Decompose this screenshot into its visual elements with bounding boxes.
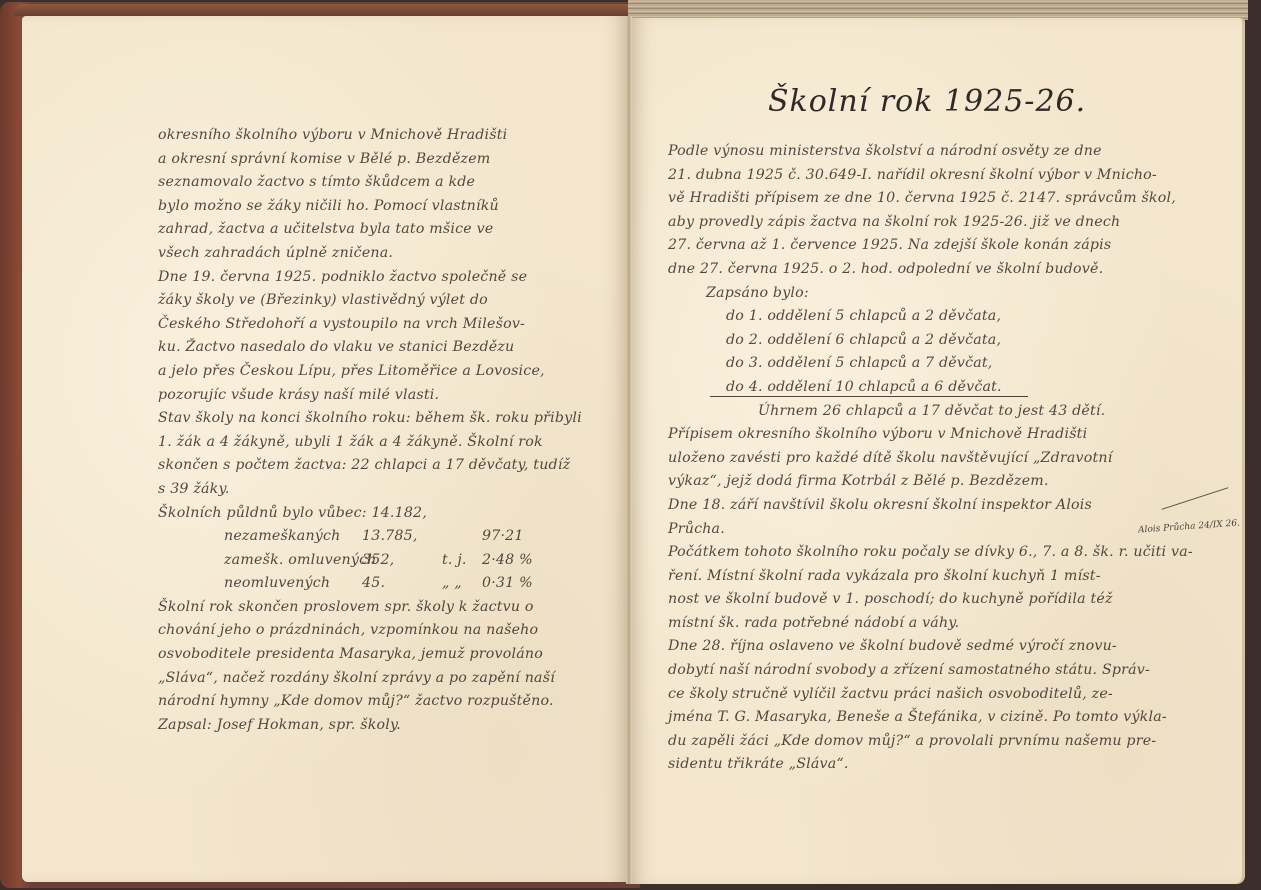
text-line: místní šk. rada potřebné nádobí a váhy.: [668, 612, 1193, 636]
attendance-tj: „ „: [442, 572, 482, 596]
text-line: skončen s počtem žactva: 22 chlapci a 17…: [158, 454, 582, 478]
attendance-value: 45.: [362, 572, 442, 596]
enrollment-row: do 1. oddělení 5 chlapců a 2 děvčata,: [668, 305, 1193, 329]
text-line: ku. Žactvo nasedalo do vlaku ve stanici …: [158, 336, 582, 360]
text-line: s 39 žáky.: [158, 478, 582, 502]
page-title: Školní rok 1925-26.: [768, 84, 1086, 119]
text-line: vě Hradišti přípisem ze dne 10. června 1…: [668, 187, 1193, 211]
enrollment-heading: Zapsáno bylo:: [668, 282, 1193, 306]
text-line: pozorujíc všude krásy naší milé vlasti.: [158, 384, 582, 408]
text-line: Počátkem tohoto školního roku počaly se …: [668, 541, 1193, 565]
attendance-percent: 2·48 %: [482, 549, 552, 573]
text-line: všech zahradách úplně zničena.: [158, 242, 582, 266]
text-line: „Sláva“, načež rozdány školní zprávy a p…: [158, 667, 582, 691]
enrollment-row: do 2. oddělení 6 chlapců a 2 děvčata,: [668, 329, 1193, 353]
text-line: Dne 18. září navštívil školu okresní ško…: [668, 494, 1193, 518]
text-line: Dne 19. června 1925. podniklo žactvo spo…: [158, 266, 582, 290]
text-line: 21. dubna 1925 č. 30.649-I. nařídil okre…: [668, 164, 1193, 188]
attendance-label: neomluvených: [158, 572, 362, 596]
text-line: uloženo zavésti pro každé dítě školu nav…: [668, 447, 1193, 471]
text-line: seznamovalo žactvo s tímto škůdcem a kde: [158, 171, 582, 195]
text-line: národní hymny „Kde domov můj?“ žactvo ro…: [158, 690, 582, 714]
attendance-tj: t. j.: [442, 549, 482, 573]
enrollment-row: do 3. oddělení 5 chlapců a 7 děvčat,: [668, 352, 1193, 376]
book-cover-edge: [14, 4, 630, 16]
text-line: okresního školního výboru v Mnichově Hra…: [158, 124, 582, 148]
text-line: zahrad, žactva a učitelstva byla tato mš…: [158, 218, 582, 242]
text-line: ření. Místní školní rada vykázala pro šk…: [668, 565, 1193, 589]
text-line: ce školy stručně vylíčil žactvu práci na…: [668, 683, 1193, 707]
text-line: chování jeho o prázdninách, vzpomínkou n…: [158, 619, 582, 643]
text-line: Přípisem okresního školního výboru v Mni…: [668, 423, 1193, 447]
text-line: 27. června až 1. července 1925. Na zdejš…: [668, 234, 1193, 258]
text-line: Podle výnosu ministerstva školství a nár…: [668, 140, 1193, 164]
text-line: Průcha.: [668, 518, 1193, 542]
text-line: Školní rok skončen proslovem spr. školy …: [158, 596, 582, 620]
attendance-heading: Školních půldnů bylo vůbec: 14.182,: [158, 502, 582, 526]
page-edges-stack: [628, 0, 1248, 20]
text-line: sidentu třikráte „Sláva“.: [668, 753, 1193, 777]
attendance-tj: [442, 525, 482, 549]
left-page-text: okresního školního výboru v Mnichově Hra…: [158, 124, 582, 737]
text-line: aby provedly zápis žactva na školní rok …: [668, 211, 1193, 235]
attendance-row: nezameškaných 13.785, 97·21: [158, 525, 582, 549]
text-line: Stav školy na konci školního roku: během…: [158, 407, 582, 431]
text-line: bylo možno se žáky ničili ho. Pomocí vla…: [158, 195, 582, 219]
text-line: dne 27. června 1925. o 2. hod. odpolední…: [668, 258, 1193, 282]
text-line: žáky školy ve (Březinky) vlastivědný výl…: [158, 289, 582, 313]
signature: Zapsal: Josef Hokman, spr. školy.: [158, 714, 582, 738]
attendance-row: zamešk. omluvených 352, t. j. 2·48 %: [158, 549, 582, 573]
text-line: nost ve školní budově v 1. poschodí; do …: [668, 588, 1193, 612]
attendance-value: 13.785,: [362, 525, 442, 549]
text-line: Dne 28. října oslaveno ve školní budově …: [668, 635, 1193, 659]
text-line: výkaz“, jejž dodá firma Kotrbál z Bělé p…: [668, 470, 1193, 494]
text-line: dobytí naší národní svobody a zřízení sa…: [668, 659, 1193, 683]
attendance-label: zamešk. omluvených: [158, 549, 362, 573]
attendance-percent: 0·31 %: [482, 572, 552, 596]
text-line: a jelo přes Českou Lípu, přes Litoměřice…: [158, 360, 582, 384]
attendance-label: nezameškaných: [158, 525, 362, 549]
right-page-text: Podle výnosu ministerstva školství a nár…: [668, 140, 1193, 777]
attendance-row: neomluvených 45. „ „ 0·31 %: [158, 572, 582, 596]
enrollment-sum-rule: [710, 396, 1028, 397]
text-line: Českého Středohoří a vystoupilo na vrch …: [158, 313, 582, 337]
attendance-percent: 97·21: [482, 525, 552, 549]
attendance-value: 352,: [362, 549, 442, 573]
enrollment-total: Úhrnem 26 chlapců a 17 děvčat to jest 43…: [668, 400, 1193, 424]
text-line: du zapěli žáci „Kde domov můj?“ a provol…: [668, 730, 1193, 754]
text-line: jména T. G. Masaryka, Beneše a Štefánika…: [668, 706, 1193, 730]
text-line: a okresní správní komise v Bělé p. Bezdě…: [158, 148, 582, 172]
text-line: 1. žák a 4 žákyně, ubyli 1 žák a 4 žákyn…: [158, 431, 582, 455]
text-line: osvoboditele presidenta Masaryka, jemuž …: [158, 643, 582, 667]
